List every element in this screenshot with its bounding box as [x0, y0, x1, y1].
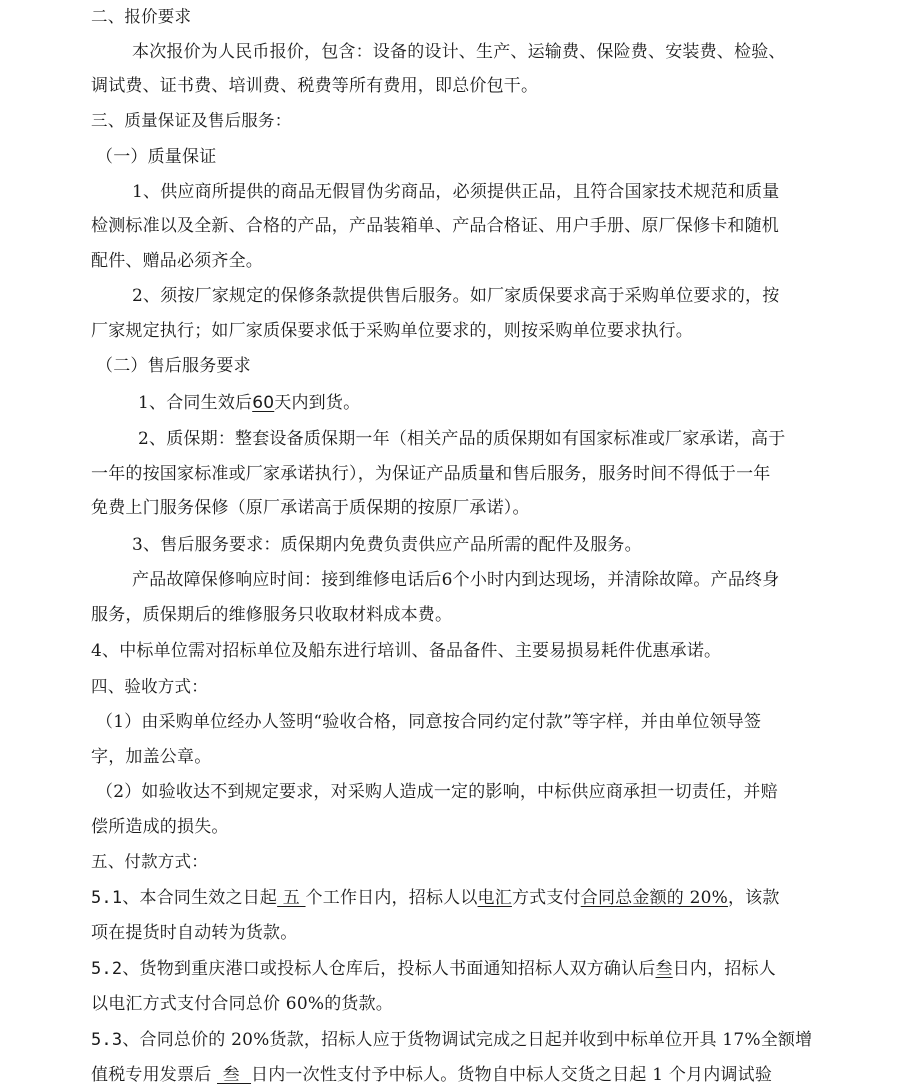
- clause-5-2-line: 5.2、货物到重庆港口或投标人仓库后，投标人书面通知招标人双方确认后叁日内，招标…: [91, 958, 776, 980]
- subsection-heading-quality: （一）质量保证: [96, 146, 216, 168]
- subsection-heading-after-sales: （二）售后服务要求: [96, 355, 251, 377]
- payment-days: 五: [277, 888, 305, 908]
- paragraph-line: 产品故障保修响应时间：接到维修电话后6个小时内到达现场，并清除故障。产品终身: [132, 569, 779, 591]
- section-heading-quotation: 二、报价要求: [91, 6, 191, 28]
- paragraph-line: 厂家规定执行；如厂家质保要求低于采购单位要求的，则按采购单位要求执行。: [91, 320, 693, 342]
- paragraph-line: 4、中标单位需对招标单位及船东进行培训、备品备件、主要易损易耗件优惠承诺。: [91, 640, 721, 662]
- paragraph-line: 免费上门服务保修（原厂承诺高于质保期的按原厂承诺）。: [91, 497, 530, 519]
- text: 1、合同生效后: [138, 393, 252, 413]
- paragraph-line: 项在提货时自动转为货款。: [91, 922, 297, 944]
- text: 日内，招标人: [673, 959, 776, 979]
- text: 值税专用发票后: [91, 1065, 217, 1085]
- paragraph-line: 2、须按厂家规定的保修条款提供售后服务。如厂家质保要求高于采购单位要求的，按: [132, 285, 779, 307]
- clause-number: 5.1: [91, 888, 122, 908]
- paragraph-line: 以电汇方式支付合同总价 60%的货款。: [91, 993, 393, 1015]
- text: 天内到货。: [274, 393, 360, 413]
- paragraph-line: 1、供应商所提供的商品无假冒伪劣商品，必须提供正品，且符合国家技术规范和质量: [132, 181, 779, 203]
- section-heading-payment: 五、付款方式：: [91, 851, 208, 873]
- paragraph-line: 检测标准以及全新、合格的产品，产品装箱单、产品合格证、用户手册、原厂保修卡和随机: [91, 215, 779, 237]
- clause-5-3-line: 5.3、合同总价的 20%货款，招标人应于货物调试完成之日起并收到中标单位开具 …: [91, 1029, 812, 1051]
- payment-amount: 合同总金额的 20%: [581, 888, 728, 908]
- paragraph-line: 一年的按国家标准或厂家承诺执行），为保证产品质量和售后服务，服务时间不得低于一年: [91, 463, 771, 485]
- payment-method: 电汇: [478, 888, 512, 908]
- text: 、本合同生效之日起: [122, 888, 277, 908]
- section-heading-acceptance: 四、验收方式：: [91, 676, 208, 698]
- paragraph-line: 字，加盖公章。: [91, 746, 211, 768]
- text: 个工作日内，招标人以: [306, 888, 478, 908]
- text: 、货物到重庆港口或投标人仓库后，投标人书面通知招标人双方确认后: [122, 959, 655, 979]
- paragraph-line: 2、质保期：整套设备质保期一年（相关产品的质保期如有国家标准或厂家承诺，高于: [138, 428, 785, 450]
- paragraph-line: 本次报价为人民币报价，包含：设备的设计、生产、运输费、保险费、安装费、检验、: [132, 41, 786, 63]
- final-payment-days: 叁: [217, 1065, 251, 1085]
- confirmation-days: 叁: [656, 959, 673, 979]
- paragraph-line: 调试费、证书费、培训费、税费等所有费用，即总价包干。: [91, 75, 538, 97]
- clause-number: 5.3: [91, 1030, 122, 1050]
- delivery-days: 60: [252, 393, 274, 413]
- paragraph-line: 1、合同生效后60天内到货。: [138, 392, 360, 414]
- paragraph-line: 配件、赠品必须齐全。: [91, 250, 263, 272]
- paragraph-line: （2）如验收达不到规定要求，对采购人造成一定的影响，中标供应商承担一切责任，并赔: [96, 781, 778, 803]
- paragraph-line: 服务，质保期后的维修服务只收取材料成本费。: [91, 604, 452, 626]
- text: ，该款: [728, 888, 780, 908]
- paragraph-line: 3、售后服务要求：质保期内免费负责供应产品所需的配件及服务。: [132, 534, 642, 556]
- clause-number: 5.2: [91, 959, 122, 979]
- paragraph-line: （1）由采购单位经办人签明“验收合格，同意按合同约定付款”等字样，并由单位领导签: [96, 711, 761, 733]
- text: 日内一次性支付予中标人。货物自中标人交货之日起 1 个月内调试验: [251, 1065, 772, 1085]
- section-heading-quality-service: 三、质量保证及售后服务：: [91, 110, 291, 132]
- clause-5-1-line: 5.1、本合同生效之日起 五 个工作日内，招标人以电汇方式支付合同总金额的 20…: [91, 887, 780, 909]
- paragraph-line: 偿所造成的损失。: [91, 816, 229, 838]
- text: 方式支付: [512, 888, 581, 908]
- clause-5-3-line2: 值税专用发票后 叁 日内一次性支付予中标人。货物自中标人交货之日起 1 个月内调…: [91, 1064, 772, 1086]
- text: 、合同总价的 20%货款，招标人应于货物调试完成之日起并收到中标单位开具 17%…: [122, 1030, 812, 1050]
